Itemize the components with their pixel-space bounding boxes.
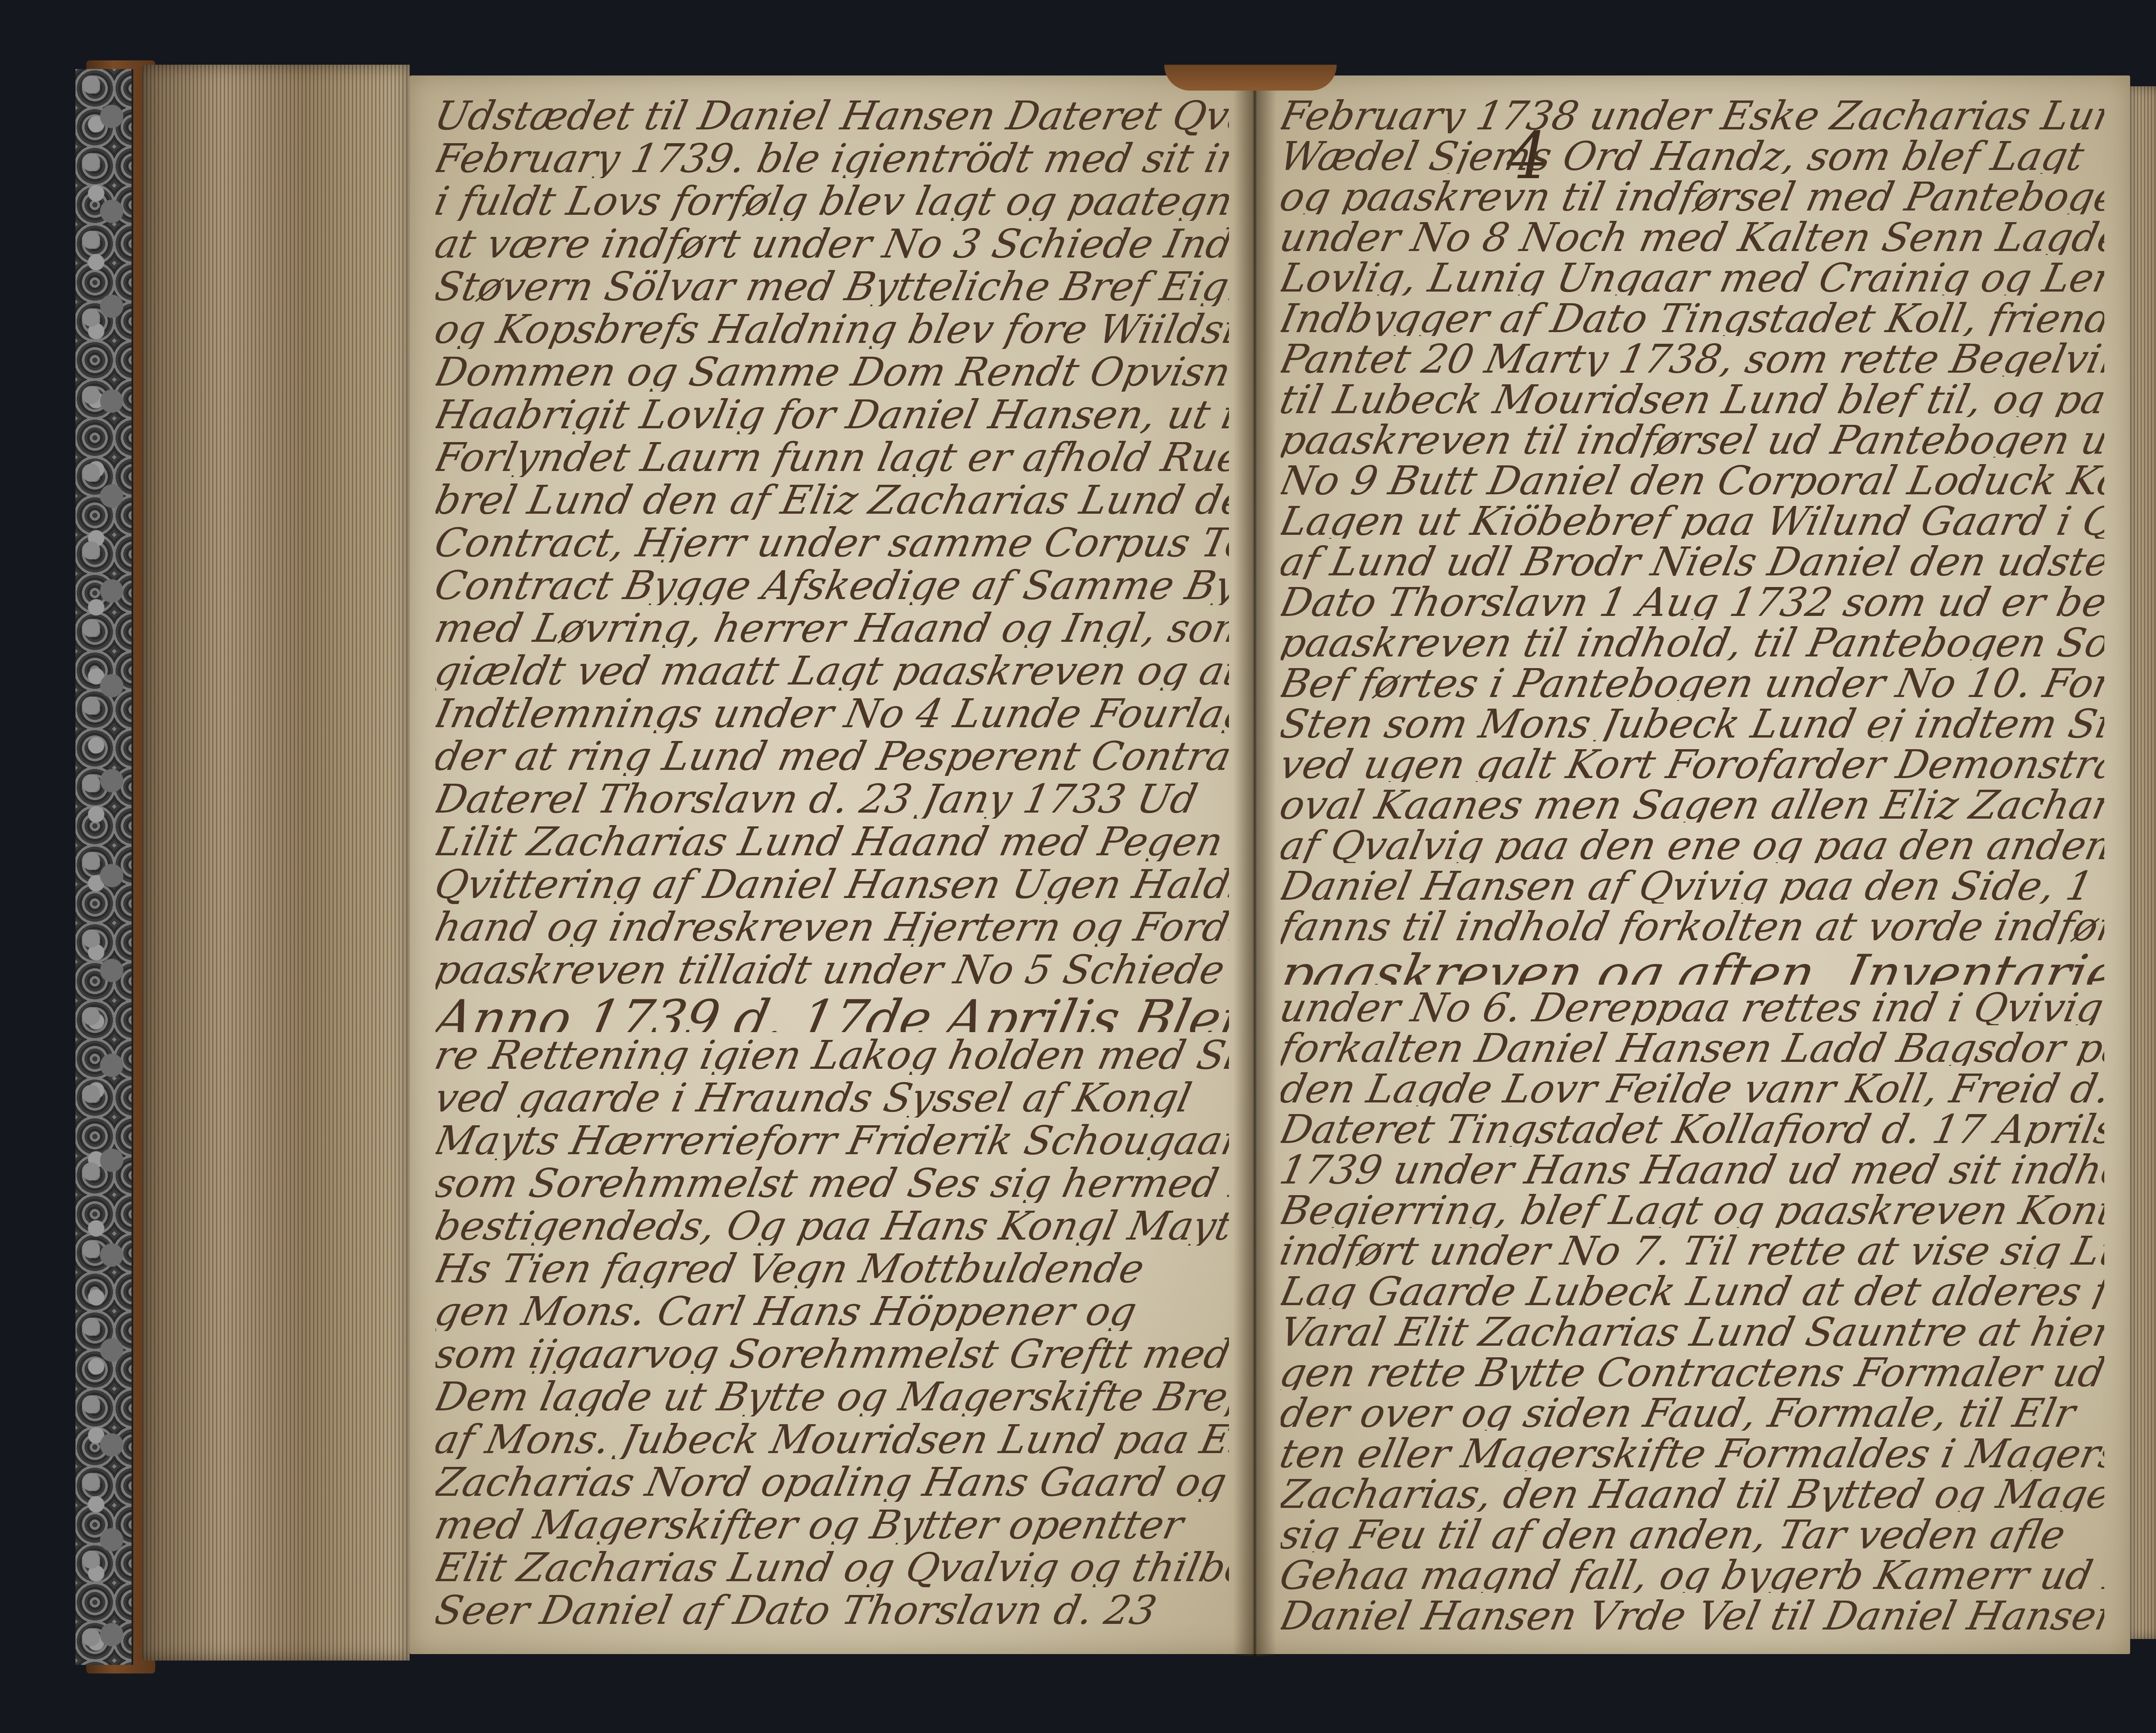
handwritten-line: February 1738 under Eske Zacharias Lund … — [1281, 93, 2104, 133]
handwritten-line: giældt ved maatt Lagt paaskreven og at t… — [436, 648, 1229, 691]
handwritten-line: Zacharias, den Haand til Bytted og Mager… — [1281, 1471, 2104, 1512]
handwritten-line: Forlyndet Laurn funn lagt er afhold Rue — [436, 434, 1229, 477]
handwritten-line: under No 8 Noch med Kalten Senn Lagde En… — [1281, 214, 2104, 255]
left-page-text: Udstædet til Daniel Hansen Dateret Qvalv… — [436, 93, 1229, 1637]
right-page: 4 February 1738 under Eske Zacharias Lun… — [1255, 75, 2130, 1654]
handwritten-line: Daniel Hansen af Qvivig paa den Side, 1 … — [1281, 863, 2104, 904]
handwritten-line: til Lubeck Mouridsen Lund blef til, og p… — [1281, 377, 2104, 417]
handwritten-line: gen rette Bytte Contractens Formaler ud … — [1281, 1350, 2104, 1390]
handwritten-line: Bef førtes i Pantebogen under No 10. For… — [1281, 660, 2104, 701]
handwritten-line: Mayts Hærrerieforr Friderik Schougaard — [436, 1118, 1229, 1160]
handwritten-line: med Løvring, herrer Haand og Ingl, som e… — [436, 605, 1229, 648]
handwritten-line: sig Feu til af den anden, Tar veden afle — [1281, 1512, 2104, 1552]
handwritten-line: under No 6. Dereppaa rettes ind i Qvivig… — [1281, 985, 2104, 1025]
handwritten-line: Contract Bygge Afskedige af Samme Bygnin… — [436, 562, 1229, 605]
handwritten-line: Gehaa magnd fall, og bygerb Kamerr ud Da — [1281, 1552, 2104, 1593]
handwritten-line: Indbygger af Dato Tingstadet Koll, frien… — [1281, 295, 2104, 336]
marbled-endpaper — [75, 69, 133, 1665]
handwritten-line: i fuldt Lovs forfølg blev lagt og paateg… — [436, 178, 1229, 221]
handwritten-line: den Lagde Lovr Feilde vanr Koll, Freid d… — [1281, 1066, 2104, 1106]
book-gutter — [1233, 73, 1276, 1656]
handwritten-line: paaskreven tillaidt under No 5 Schiede — [436, 947, 1229, 989]
handwritten-line: paaskreven og aften, Inventaries Sammenk… — [1281, 944, 2104, 985]
handwritten-line: Hs Tien fagred Vegn Mottbuldende — [436, 1246, 1229, 1288]
handwritten-line: gen Mons. Carl Hans Höppener og — [436, 1288, 1229, 1331]
manuscript-scan: Udstædet til Daniel Hansen Dateret Qvalv… — [0, 0, 2156, 1733]
handwritten-line: der over og siden Faud, Formale, til Elr — [1281, 1390, 2104, 1431]
handwritten-line: af Lund udl Brodr Niels Daniel den udste… — [1281, 539, 2104, 579]
right-page-text: February 1738 under Eske Zacharias Lund … — [1281, 93, 2104, 1637]
handwritten-line: oval Kaanes men Sagen allen Eliz Zachari… — [1281, 782, 2104, 823]
handwritten-line: brel Lund den af Eliz Zacharias Lund des… — [436, 477, 1229, 520]
handwritten-line: Støvern Sölvar med Bytteliche Bref Eigni… — [436, 264, 1229, 306]
handwritten-line: ten eller Magerskifte Formaldes i Magers… — [1281, 1431, 2104, 1471]
handwritten-line: paaskreven til indhold, til Pantebogen S… — [1281, 620, 2104, 660]
handwritten-line: paaskreven til indførsel ud Pantebogen u… — [1281, 417, 2104, 458]
handwritten-line: af Qvalvig paa den ene og paa den anden … — [1281, 823, 2104, 863]
handwritten-line: hand og indreskreven Hjertern og Fordr — [436, 904, 1229, 947]
handwritten-line: indført under No 7. Til rette at vise si… — [1281, 1228, 2104, 1268]
handwritten-line: fanns til indhold forkolten at vorde ind… — [1281, 904, 2104, 944]
handwritten-line: som Sorehmmelst med Ses sig hermed Lang — [436, 1160, 1229, 1203]
left-page-edges — [142, 65, 410, 1661]
handwritten-line: Daterel Thorslavn d. 23 Jany 1733 Ud — [436, 776, 1229, 819]
handwritten-line: February 1739. ble igientrödt med sit in… — [436, 135, 1229, 178]
handwritten-line: No 9 Butt Daniel den Corporal Loduck Kot… — [1281, 458, 2104, 498]
handwritten-line: Udstædet til Daniel Hansen Dateret Qvalv… — [436, 93, 1229, 135]
handwritten-line: ved gaarde i Hraunds Syssel af Kongl — [436, 1075, 1229, 1118]
handwritten-line: Lagen ut Kiöbebref paa Wilund Gaard i Qv… — [1281, 498, 2104, 539]
handwritten-line: forkalten Daniel Hansen Ladd Bagsdor paa… — [1281, 1025, 2104, 1066]
handwritten-line: Dateret Tingstadet Kollafiord d. 17 Apri… — [1281, 1106, 2104, 1147]
handwritten-line: med Magerskifter og Bytter opentter — [436, 1502, 1229, 1545]
handwritten-line: Lilit Zacharias Lund Haand med Pegen paa — [436, 819, 1229, 861]
handwritten-line: 1739 under Hans Haand ud med sit indhold… — [1281, 1147, 2104, 1187]
left-page: Udstædet til Daniel Hansen Dateret Qvalv… — [410, 75, 1255, 1654]
right-page-edges — [2130, 86, 2156, 1639]
handwritten-line: Dato Thorslavn 1 Aug 1732 som ud er begi… — [1281, 579, 2104, 620]
handwritten-line: Wædel Sjems Ord Handz, som blef Lagt — [1281, 133, 2104, 174]
handwritten-line: Indtlemnings under No 4 Lunde Fourlag — [436, 691, 1229, 733]
handwritten-line: Anno 1739 d. 17de Aprilis Blef Ordinair — [436, 989, 1229, 1032]
handwritten-line: Varal Elit Zacharias Lund Sauntre at hie… — [1281, 1309, 2104, 1350]
handwritten-line: der at ring Lund med Pesperent Contract — [436, 733, 1229, 776]
handwritten-line: re Rettening igien Lakog holden med Slef — [436, 1032, 1229, 1075]
handwritten-line: Lag Gaarde Lubeck Lund at det alderes fa… — [1281, 1268, 2104, 1309]
handwritten-line: Daniel Hansen Vrde Vel til Daniel Hansen — [1281, 1593, 2104, 1633]
handwritten-line: Seer Daniel af Dato Thorslavn d. 23 — [436, 1587, 1229, 1630]
handwritten-line: bestigendeds, Og paa Hans Kongl Mayts — [436, 1203, 1229, 1246]
handwritten-line: og Kopsbrefs Haldning blev fore Wiildsig — [436, 306, 1229, 349]
handwritten-line: Sten som Mons Jubeck Lund ej indtem Sin — [1281, 701, 2104, 741]
handwritten-line: Lovlig, Lunig Ungaar med Crainig og Lenn… — [1281, 255, 2104, 295]
handwritten-line: Elit Zacharias Lund og Qvalvig og thilbe… — [436, 1545, 1229, 1587]
handwritten-line: Dem lagde ut Bytte og Magerskifte Bref — [436, 1374, 1229, 1416]
handwritten-line: Zacharias Nord opaling Hans Gaard og Mag — [436, 1459, 1229, 1502]
handwritten-line: af Mons. Jubeck Mouridsen Lund paa Eske — [436, 1416, 1229, 1459]
handwritten-line: Qvittering af Daniel Hansen Ugen Haldsig… — [436, 861, 1229, 904]
handwritten-line: som ijgaarvog Sorehmmelst Greftt med — [436, 1331, 1229, 1374]
handwritten-line: Haabrigit Lovlig for Daniel Hansen, ut i… — [436, 392, 1229, 434]
spine-top — [1164, 65, 1337, 91]
handwritten-line: Begierring, blef Lagt og paaskreven Kont… — [1281, 1187, 2104, 1228]
handwritten-line: og paaskrevn til indførsel med Panteboge… — [1281, 174, 2104, 214]
handwritten-line: at være indført under No 3 Schiede Indbr… — [436, 221, 1229, 264]
handwritten-line: Contract, Hjerr under samme Corpus Tende… — [436, 520, 1229, 562]
handwritten-line: Dommen og Samme Dom Rendt Opvisnings — [436, 349, 1229, 392]
handwritten-line: Pantet 20 Marty 1738, som rette Begelvin… — [1281, 336, 2104, 377]
handwritten-line: ved ugen galt Kort Forofarder Demonstrat… — [1281, 741, 2104, 782]
